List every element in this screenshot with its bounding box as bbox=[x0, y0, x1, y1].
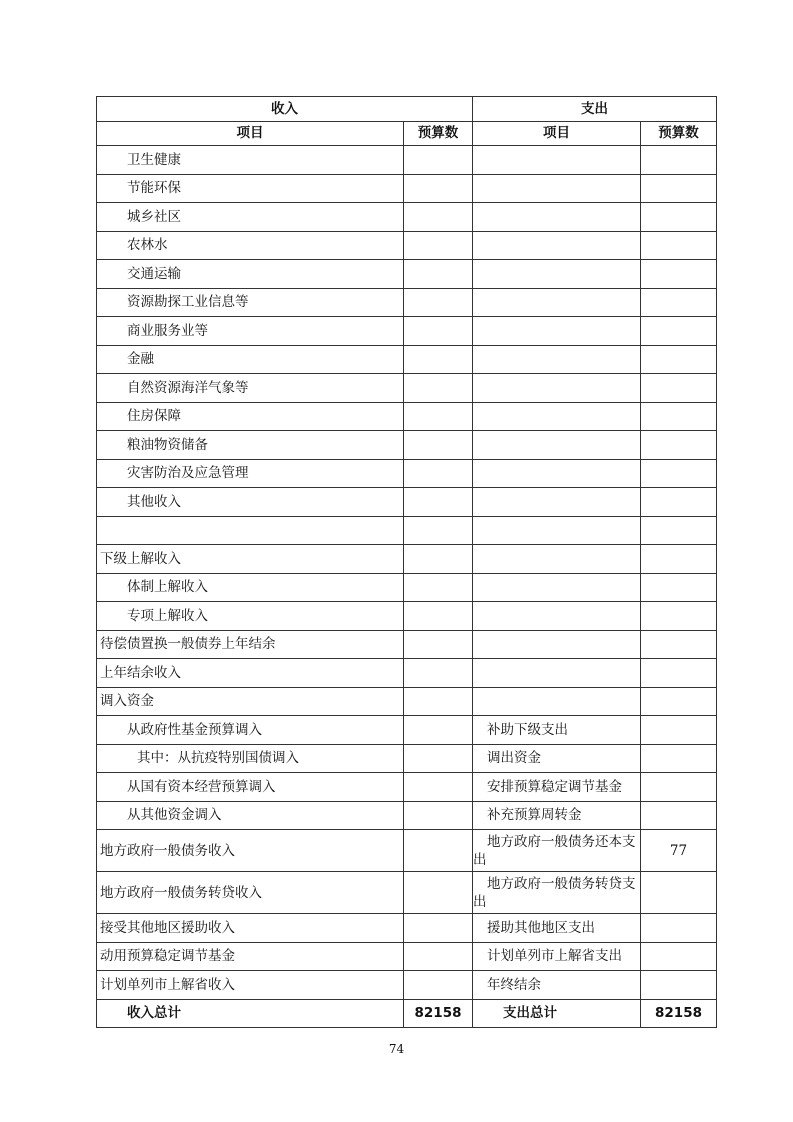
income-amount-cell bbox=[404, 488, 473, 517]
income-item-header: 项目 bbox=[97, 121, 404, 146]
income-item-cell: 下级上解收入 bbox=[97, 545, 404, 574]
income-item-cell: 交通运输 bbox=[97, 260, 404, 289]
table-row bbox=[97, 516, 717, 545]
table-row: 地方政府一般债务收入地方政府一般债务还本支出77 bbox=[97, 830, 717, 872]
totals-row: 收入总计 82158 支出总计 82158 bbox=[97, 999, 717, 1028]
expense-amount-cell bbox=[641, 203, 717, 232]
column-header-row: 项目 预算数 项目 预算数 bbox=[97, 121, 717, 146]
income-item-cell: 地方政府一般债务转贷收入 bbox=[97, 872, 404, 914]
table-row: 灾害防治及应急管理 bbox=[97, 459, 717, 488]
income-item-cell: 自然资源海洋气象等 bbox=[97, 374, 404, 403]
expense-item-cell bbox=[473, 402, 641, 431]
income-amount-cell bbox=[404, 459, 473, 488]
income-amount-cell bbox=[404, 146, 473, 175]
income-item-cell: 上年结余收入 bbox=[97, 659, 404, 688]
table-row: 节能环保 bbox=[97, 174, 717, 203]
expense-amount-cell bbox=[641, 630, 717, 659]
expense-amount-cell bbox=[641, 872, 717, 914]
income-amount-cell bbox=[404, 260, 473, 289]
expense-group-header: 支出 bbox=[473, 97, 717, 122]
budget-table: 收入 支出 项目 预算数 项目 预算数 卫生健康节能环保城乡社区农林水交通运输资… bbox=[96, 96, 717, 1028]
expense-amount-cell bbox=[641, 744, 717, 773]
income-amount-cell bbox=[404, 402, 473, 431]
income-item-cell: 从政府性基金预算调入 bbox=[97, 716, 404, 745]
expense-amount-cell bbox=[641, 942, 717, 971]
expense-amount-cell bbox=[641, 773, 717, 802]
table-row: 卫生健康 bbox=[97, 146, 717, 175]
income-amount-cell bbox=[404, 231, 473, 260]
expense-amount-cell bbox=[641, 260, 717, 289]
table-row: 商业服务业等 bbox=[97, 317, 717, 346]
expense-item-cell bbox=[473, 174, 641, 203]
income-amount-cell bbox=[404, 914, 473, 943]
income-amount-cell bbox=[404, 971, 473, 1000]
expense-amount-cell bbox=[641, 459, 717, 488]
table-row: 接受其他地区援助收入援助其他地区支出 bbox=[97, 914, 717, 943]
expense-item-cell bbox=[473, 687, 641, 716]
income-amount-cell bbox=[404, 872, 473, 914]
income-amount-cell bbox=[404, 288, 473, 317]
page-number: 74 bbox=[0, 1042, 793, 1056]
income-item-cell: 资源勘探工业信息等 bbox=[97, 288, 404, 317]
expense-item-cell bbox=[473, 231, 641, 260]
expense-amount-header: 预算数 bbox=[641, 121, 717, 146]
table-row: 其中：从抗疫特别国债调入调出资金 bbox=[97, 744, 717, 773]
expense-item-cell bbox=[473, 488, 641, 517]
expense-amount-cell bbox=[641, 488, 717, 517]
income-amount-cell bbox=[404, 317, 473, 346]
expense-item-cell bbox=[473, 146, 641, 175]
table-row: 上年结余收入 bbox=[97, 659, 717, 688]
income-amount-cell bbox=[404, 773, 473, 802]
expense-item-cell bbox=[473, 602, 641, 631]
expense-item-cell bbox=[473, 203, 641, 232]
income-amount-cell bbox=[404, 687, 473, 716]
expense-item-cell: 援助其他地区支出 bbox=[473, 914, 641, 943]
expense-item-cell bbox=[473, 459, 641, 488]
table-row: 金融 bbox=[97, 345, 717, 374]
income-amount-cell bbox=[404, 203, 473, 232]
income-item-cell: 动用预算稳定调节基金 bbox=[97, 942, 404, 971]
income-item-cell: 从国有资本经营预算调入 bbox=[97, 773, 404, 802]
expense-amount-cell: 77 bbox=[641, 830, 717, 872]
expense-item-header: 项目 bbox=[473, 121, 641, 146]
expense-amount-cell bbox=[641, 573, 717, 602]
income-item-cell: 金融 bbox=[97, 345, 404, 374]
expense-item-cell bbox=[473, 374, 641, 403]
expense-amount-cell bbox=[641, 288, 717, 317]
table-row: 计划单列市上解省收入年终结余 bbox=[97, 971, 717, 1000]
expense-amount-cell bbox=[641, 602, 717, 631]
income-amount-cell bbox=[404, 545, 473, 574]
income-amount-cell bbox=[404, 431, 473, 460]
income-item-cell: 农林水 bbox=[97, 231, 404, 260]
income-item-cell: 接受其他地区援助收入 bbox=[97, 914, 404, 943]
income-amount-cell bbox=[404, 602, 473, 631]
table-row: 粮油物资储备 bbox=[97, 431, 717, 460]
income-item-cell: 粮油物资储备 bbox=[97, 431, 404, 460]
expense-amount-cell bbox=[641, 431, 717, 460]
expense-amount-cell bbox=[641, 914, 717, 943]
table-row: 自然资源海洋气象等 bbox=[97, 374, 717, 403]
income-amount-header: 预算数 bbox=[404, 121, 473, 146]
table-row: 从国有资本经营预算调入安排预算稳定调节基金 bbox=[97, 773, 717, 802]
income-amount-cell bbox=[404, 516, 473, 545]
table-row: 下级上解收入 bbox=[97, 545, 717, 574]
income-item-cell: 其他收入 bbox=[97, 488, 404, 517]
expense-total-label: 支出总计 bbox=[473, 999, 641, 1028]
expense-item-cell: 补助下级支出 bbox=[473, 716, 641, 745]
income-total-amount: 82158 bbox=[404, 999, 473, 1028]
expense-item-cell bbox=[473, 659, 641, 688]
income-item-cell: 住房保障 bbox=[97, 402, 404, 431]
expense-amount-cell bbox=[641, 687, 717, 716]
table-row: 其他收入 bbox=[97, 488, 717, 517]
table-row: 动用预算稳定调节基金计划单列市上解省支出 bbox=[97, 942, 717, 971]
expense-item-cell bbox=[473, 573, 641, 602]
income-item-cell: 卫生健康 bbox=[97, 146, 404, 175]
income-group-header: 收入 bbox=[97, 97, 473, 122]
expense-amount-cell bbox=[641, 716, 717, 745]
expense-amount-cell bbox=[641, 231, 717, 260]
expense-amount-cell bbox=[641, 345, 717, 374]
income-item-cell: 商业服务业等 bbox=[97, 317, 404, 346]
table-row: 地方政府一般债务转贷收入地方政府一般债务转贷支出 bbox=[97, 872, 717, 914]
table-row: 从政府性基金预算调入补助下级支出 bbox=[97, 716, 717, 745]
income-item-cell: 从其他资金调入 bbox=[97, 801, 404, 830]
income-item-cell: 其中：从抗疫特别国债调入 bbox=[97, 744, 404, 773]
expense-item-cell: 地方政府一般债务还本支出 bbox=[473, 830, 641, 872]
expense-amount-cell bbox=[641, 374, 717, 403]
expense-item-cell: 计划单列市上解省支出 bbox=[473, 942, 641, 971]
expense-item-cell bbox=[473, 431, 641, 460]
income-item-cell: 调入资金 bbox=[97, 687, 404, 716]
expense-amount-cell bbox=[641, 174, 717, 203]
income-item-cell: 专项上解收入 bbox=[97, 602, 404, 631]
income-amount-cell bbox=[404, 942, 473, 971]
income-amount-cell bbox=[404, 744, 473, 773]
income-item-cell: 灾害防治及应急管理 bbox=[97, 459, 404, 488]
expense-item-cell: 地方政府一般债务转贷支出 bbox=[473, 872, 641, 914]
table-row: 农林水 bbox=[97, 231, 717, 260]
expense-amount-cell bbox=[641, 659, 717, 688]
expense-amount-cell bbox=[641, 516, 717, 545]
income-item-cell: 节能环保 bbox=[97, 174, 404, 203]
table-row: 体制上解收入 bbox=[97, 573, 717, 602]
expense-amount-cell bbox=[641, 801, 717, 830]
income-amount-cell bbox=[404, 345, 473, 374]
income-item-cell: 计划单列市上解省收入 bbox=[97, 971, 404, 1000]
income-amount-cell bbox=[404, 630, 473, 659]
table-row: 调入资金 bbox=[97, 687, 717, 716]
expense-item-cell: 年终结余 bbox=[473, 971, 641, 1000]
expense-amount-cell bbox=[641, 317, 717, 346]
income-item-cell bbox=[97, 516, 404, 545]
income-amount-cell bbox=[404, 573, 473, 602]
income-item-cell: 地方政府一般债务收入 bbox=[97, 830, 404, 872]
table-row: 城乡社区 bbox=[97, 203, 717, 232]
income-amount-cell bbox=[404, 174, 473, 203]
income-amount-cell bbox=[404, 659, 473, 688]
income-amount-cell bbox=[404, 716, 473, 745]
expense-item-cell bbox=[473, 516, 641, 545]
income-total-label: 收入总计 bbox=[97, 999, 404, 1028]
expense-item-cell: 调出资金 bbox=[473, 744, 641, 773]
income-item-cell: 待偿债置换一般债券上年结余 bbox=[97, 630, 404, 659]
expense-item-cell bbox=[473, 317, 641, 346]
table-row: 资源勘探工业信息等 bbox=[97, 288, 717, 317]
income-item-cell: 城乡社区 bbox=[97, 203, 404, 232]
income-amount-cell bbox=[404, 830, 473, 872]
expense-amount-cell bbox=[641, 146, 717, 175]
expense-amount-cell bbox=[641, 545, 717, 574]
income-item-cell: 体制上解收入 bbox=[97, 573, 404, 602]
expense-item-cell bbox=[473, 345, 641, 374]
table-row: 住房保障 bbox=[97, 402, 717, 431]
expense-item-cell bbox=[473, 630, 641, 659]
expense-item-cell bbox=[473, 260, 641, 289]
expense-amount-cell bbox=[641, 402, 717, 431]
table-row: 交通运输 bbox=[97, 260, 717, 289]
expense-amount-cell bbox=[641, 971, 717, 1000]
expense-total-amount: 82158 bbox=[641, 999, 717, 1028]
expense-item-cell bbox=[473, 545, 641, 574]
expense-item-cell bbox=[473, 288, 641, 317]
group-header-row: 收入 支出 bbox=[97, 97, 717, 122]
table-row: 待偿债置换一般债券上年结余 bbox=[97, 630, 717, 659]
income-amount-cell bbox=[404, 374, 473, 403]
table-row: 专项上解收入 bbox=[97, 602, 717, 631]
income-amount-cell bbox=[404, 801, 473, 830]
table-row: 从其他资金调入补充预算周转金 bbox=[97, 801, 717, 830]
expense-item-cell: 补充预算周转金 bbox=[473, 801, 641, 830]
expense-item-cell: 安排预算稳定调节基金 bbox=[473, 773, 641, 802]
